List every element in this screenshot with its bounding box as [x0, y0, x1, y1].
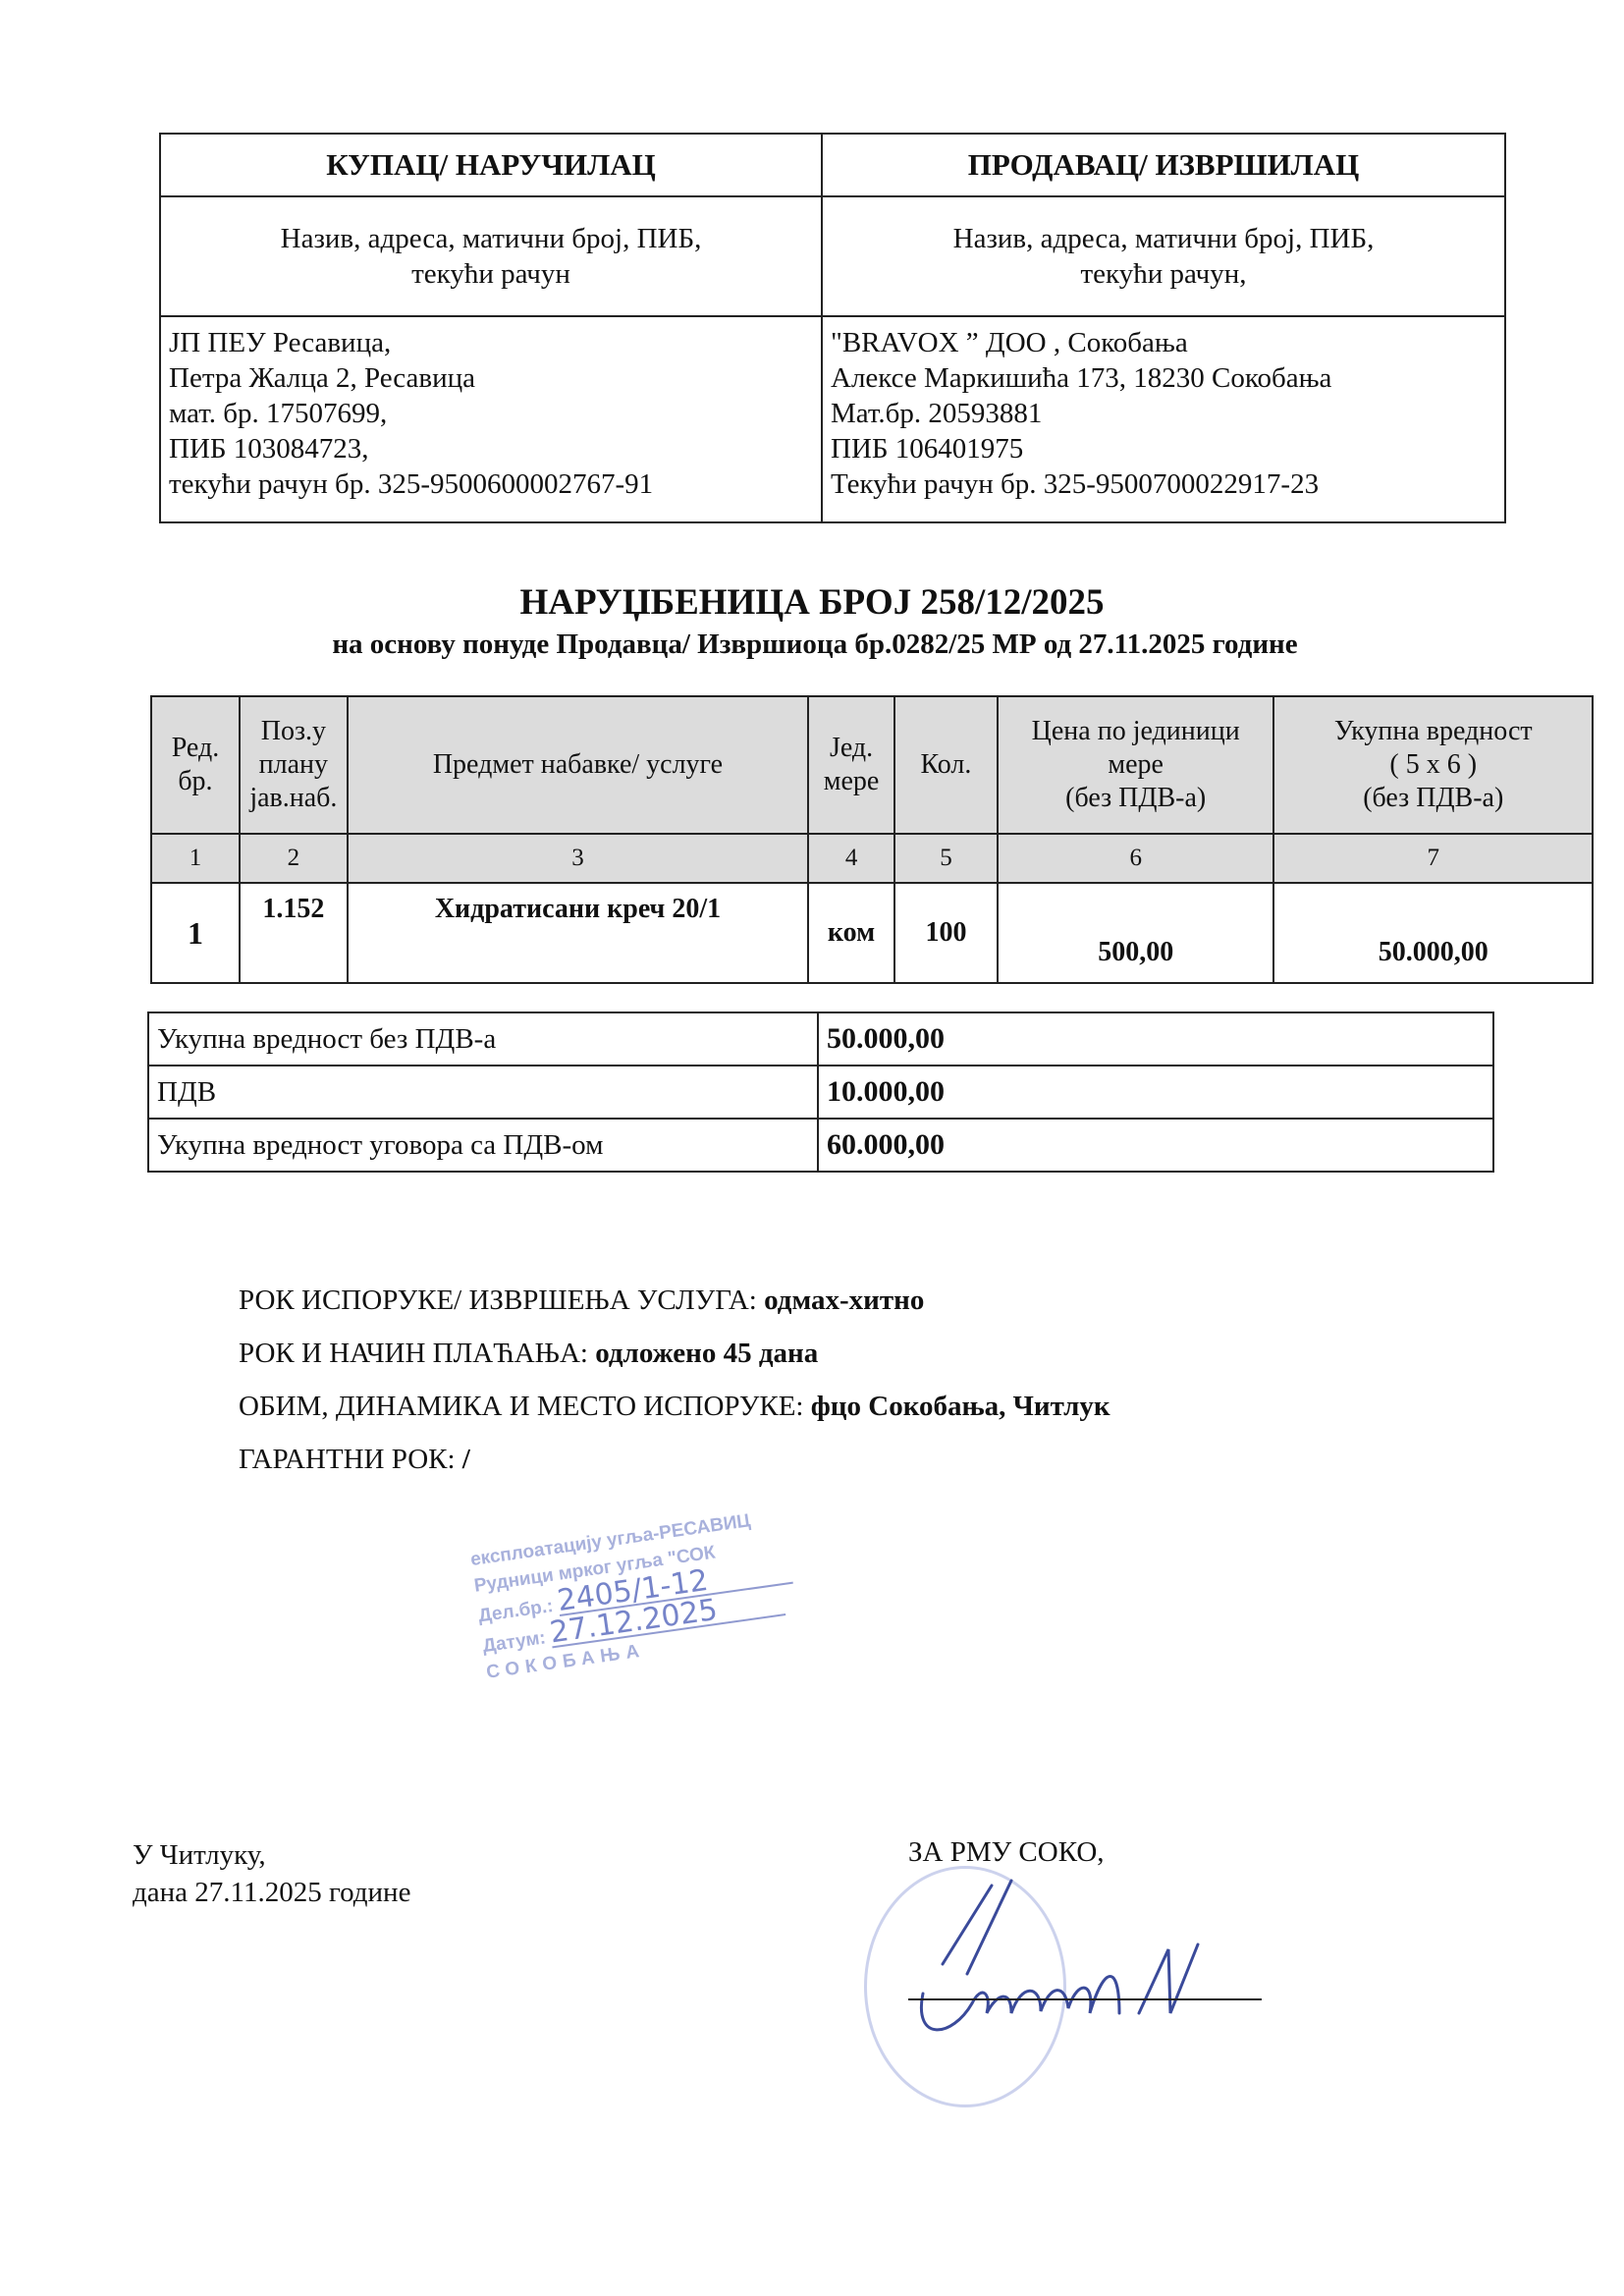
header-quantity: Кол.	[894, 696, 998, 834]
vat-value: 10.000,00	[818, 1066, 1493, 1119]
seller-subheading-line: Назив, адреса, матични број, ПИБ,	[823, 221, 1504, 256]
buyer-reg-number: мат. бр. 17507699,	[169, 396, 815, 431]
items-table: Ред.бр. Поз.упланујав.наб. Предмет набав…	[150, 695, 1594, 984]
seller-reg-number: Мат.бр. 20593881	[831, 396, 1498, 431]
order-title: НАРУЏБЕНИЦА БРОЈ 258/12/2025	[0, 581, 1624, 624]
delivery-place: ОБИМ, ДИНАМИКА И МЕСТО ИСПОРУКЕ: фцо Сок…	[239, 1391, 1110, 1423]
header-subject: Предмет набавке/ услуге	[348, 696, 808, 834]
row-number: 1	[151, 883, 240, 983]
totals-table: Укупна вредност без ПДВ-а 50.000,00 ПДВ …	[147, 1011, 1494, 1173]
seller-tax-id: ПИБ 106401975	[831, 431, 1498, 466]
totals-row-vat: ПДВ 10.000,00	[148, 1066, 1493, 1119]
seller-address: Алексе Маркишића 173, 18230 Сокобања	[831, 360, 1498, 396]
total-gross-label: Укупна вредност уговора са ПДВ-ом	[148, 1119, 818, 1172]
vat-label: ПДВ	[148, 1066, 818, 1119]
buyer-subheading-line: текући рачун	[161, 256, 821, 292]
registry-stamp: експлоатацију угља-РЕСАВИЦ Рудници мрког…	[468, 1490, 905, 1751]
seller-details: "BRAVOX ” ДОО , Сокобања Алексе Маркишић…	[822, 316, 1505, 522]
seller-subheading: Назив, адреса, матични број, ПИБ, текући…	[822, 196, 1505, 316]
date: дана 27.11.2025 године	[133, 1874, 410, 1911]
column-number: 5	[894, 834, 998, 883]
buyer-name: ЈП ПЕУ Ресавица,	[169, 325, 815, 360]
place-and-date: У Читлуку, дана 27.11.2025 године	[133, 1836, 410, 1911]
signatory-label: ЗА РМУ СОКО,	[908, 1836, 1105, 1869]
seller-heading: ПРОДАВАЦ/ ИЗВРШИЛАЦ	[822, 134, 1505, 196]
total-gross-value: 60.000,00	[818, 1119, 1493, 1172]
order-subtitle: на основу понуде Продавца/ Извршиоца бр.…	[245, 629, 1384, 661]
payment-term: РОК И НАЧИН ПЛАЋАЊА: одложено 45 дана	[239, 1338, 818, 1370]
row-total: 50.000,00	[1273, 883, 1593, 983]
delivery-term-label: РОК ИСПОРУКЕ/ ИЗВРШЕЊА УСЛУГА:	[239, 1285, 764, 1316]
column-number: 3	[348, 834, 808, 883]
buyer-subheading: Назив, адреса, матични број, ПИБ, текући…	[160, 196, 822, 316]
buyer-tax-id: ПИБ 103084723,	[169, 431, 815, 466]
row-unit-price: 500,00	[998, 883, 1274, 983]
total-net-label: Укупна вредност без ПДВ-а	[148, 1012, 818, 1066]
seller-subheading-line: текући рачун,	[823, 256, 1504, 292]
delivery-term: РОК ИСПОРУКЕ/ ИЗВРШЕЊА УСЛУГА: одмах-хит…	[239, 1285, 924, 1317]
column-number: 7	[1273, 834, 1593, 883]
warranty-term-label: ГАРАНТНИ РОК:	[239, 1444, 462, 1475]
delivery-term-value: одмах-хитно	[764, 1285, 924, 1316]
buyer-address: Петра Жалца 2, Ресавица	[169, 360, 815, 396]
delivery-place-label: ОБИМ, ДИНАМИКА И МЕСТО ИСПОРУКЕ:	[239, 1391, 811, 1422]
warranty-term-value: /	[462, 1444, 470, 1475]
header-unit: Јед.мере	[808, 696, 894, 834]
header-unit-price: Цена по јединицимере(без ПДВ-а)	[998, 696, 1274, 834]
row-plan-position: 1.152	[240, 883, 348, 983]
payment-term-label: РОК И НАЧИН ПЛАЋАЊА:	[239, 1338, 595, 1369]
warranty-term: ГАРАНТНИ РОК: /	[239, 1444, 470, 1476]
row-subject: Хидратисани креч 20/1	[348, 883, 808, 983]
totals-row-gross: Укупна вредност уговора са ПДВ-ом 60.000…	[148, 1119, 1493, 1172]
buyer-bank-account: текући рачун бр. 325-9500600002767-91	[169, 466, 815, 502]
buyer-subheading-line: Назив, адреса, матични број, ПИБ,	[161, 221, 821, 256]
items-header-row: Ред.бр. Поз.упланујав.наб. Предмет набав…	[151, 696, 1593, 834]
row-quantity: 100	[894, 883, 998, 983]
column-number: 2	[240, 834, 348, 883]
column-number-row: 1 2 3 4 5 6 7	[151, 834, 1593, 883]
column-number: 1	[151, 834, 240, 883]
signature	[884, 1866, 1296, 2062]
table-row: 1 1.152 Хидратисани креч 20/1 ком 100 50…	[151, 883, 1593, 983]
parties-table: КУПАЦ/ НАРУЧИЛАЦ ПРОДАВАЦ/ ИЗВРШИЛАЦ Наз…	[159, 133, 1506, 523]
header-total: Укупна вредност( 5 x 6 )(без ПДВ-а)	[1273, 696, 1593, 834]
buyer-heading: КУПАЦ/ НАРУЧИЛАЦ	[160, 134, 822, 196]
payment-term-value: одложено 45 дана	[595, 1338, 818, 1369]
seller-bank-account: Текући рачун бр. 325-9500700022917-23	[831, 466, 1498, 502]
header-row-number: Ред.бр.	[151, 696, 240, 834]
buyer-details: ЈП ПЕУ Ресавица, Петра Жалца 2, Ресавица…	[160, 316, 822, 522]
seller-name: "BRAVOX ” ДОО , Сокобања	[831, 325, 1498, 360]
delivery-place-value: фцо Сокобања, Читлук	[811, 1391, 1110, 1422]
row-unit: ком	[808, 883, 894, 983]
total-net-value: 50.000,00	[818, 1012, 1493, 1066]
column-number: 6	[998, 834, 1274, 883]
header-plan-position: Поз.упланујав.наб.	[240, 696, 348, 834]
totals-row-net: Укупна вредност без ПДВ-а 50.000,00	[148, 1012, 1493, 1066]
column-number: 4	[808, 834, 894, 883]
signature-line	[908, 1998, 1262, 2000]
place: У Читлуку,	[133, 1836, 410, 1874]
